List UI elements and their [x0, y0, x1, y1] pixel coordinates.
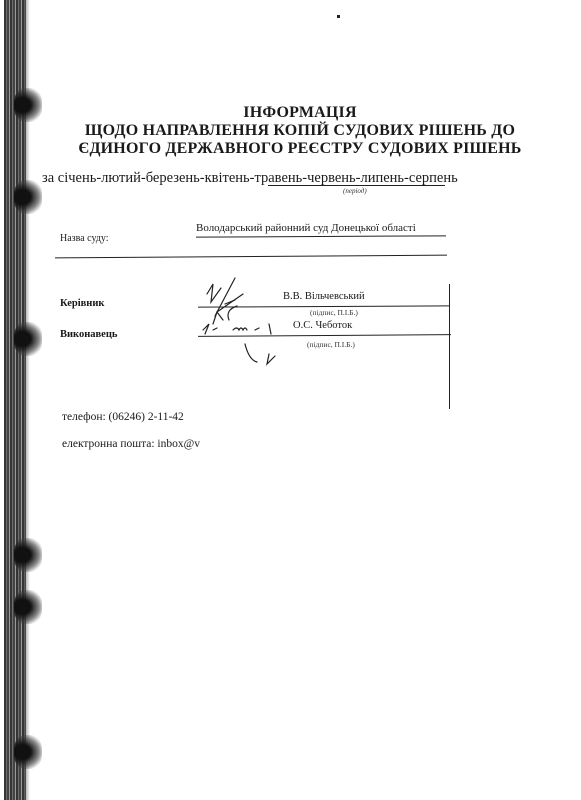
signature-scribble-icon — [195, 276, 305, 376]
phone-text: телефон: (06246) 2-11-42 — [62, 411, 184, 423]
head-signature-caption: (підпис, П.І.Б.) — [310, 308, 358, 317]
role-label-head: Керівник — [60, 298, 104, 309]
scan-speck — [337, 15, 340, 18]
scan-blot — [14, 538, 42, 572]
table-right-border — [449, 284, 450, 409]
scan-blot — [14, 180, 42, 214]
period-caption: (період) — [343, 187, 367, 195]
court-name-underline — [196, 235, 446, 237]
document-title-line-2: ЩОДО НАПРАВЛЕННЯ КОПІЙ СУДОВИХ РІШЕНЬ ДО — [60, 122, 540, 140]
executor-signature-caption: (підпис, П.І.Б.) — [307, 340, 355, 349]
document-title-line-1: ІНФОРМАЦІЯ — [60, 104, 540, 122]
scan-blot — [14, 735, 42, 769]
email-text: електронна пошта: inbox@v — [62, 438, 200, 450]
scan-blot — [14, 88, 42, 122]
court-name: Володарський районний суд Донецької обла… — [196, 222, 416, 234]
scan-blot — [14, 322, 42, 356]
scan-blot — [14, 590, 42, 624]
court-separator-line — [55, 255, 447, 259]
period-underline — [268, 185, 445, 186]
court-label: Назва суду: — [60, 233, 109, 244]
document-title-line-3: ЄДИНОГО ДЕРЖАВНОГО РЕЄСТРУ СУДОВИХ РІШЕН… — [60, 140, 540, 158]
role-label-executor: Виконавець — [60, 329, 117, 340]
